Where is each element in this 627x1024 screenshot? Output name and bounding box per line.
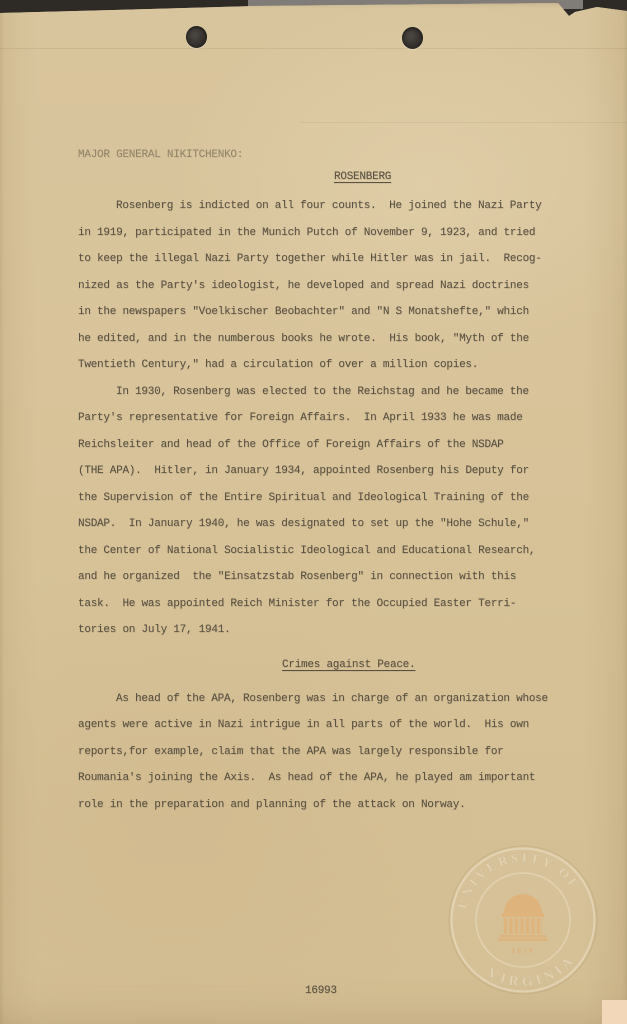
corner-patch	[602, 1000, 627, 1024]
addressee-line: MAJOR GENERAL NIKITCHENKO:	[78, 148, 243, 162]
paragraph: In 1930, Rosenberg was elected to the Re…	[78, 379, 566, 644]
paper-crease	[300, 122, 627, 123]
text-line: In 1930, Rosenberg was elected to the Re…	[78, 379, 566, 406]
punch-hole-right	[402, 27, 423, 49]
text-line: the Supervision of the Entire Spiritual …	[78, 485, 566, 512]
text-line: Rosenberg is indicted on all four counts…	[78, 193, 566, 220]
text-line: in the newspapers "Voelkischer Beobachte…	[78, 299, 566, 326]
text-line: Roumania's joining the Axis. As head of …	[78, 765, 566, 792]
section-heading: Crimes against Peace.	[282, 657, 566, 674]
text-line: the Center of National Socialistic Ideol…	[78, 538, 566, 565]
page-number: 16993	[305, 984, 337, 998]
seal-year: 1819	[512, 946, 535, 955]
paragraph: Rosenberg is indicted on all four counts…	[78, 193, 566, 379]
document-title: ROSENBERG	[334, 170, 391, 184]
text-line: Reichsleiter and head of the Office of F…	[78, 432, 566, 459]
text-line: tories on July 17, 1941.	[78, 617, 566, 644]
text-line: NSDAP. In January 1940, he was designate…	[78, 511, 566, 538]
text-line: Twentieth Century," had a circulation of…	[78, 352, 566, 379]
text-line: nized as the Party's ideologist, he deve…	[78, 273, 566, 300]
paragraph: As head of the APA, Rosenberg was in cha…	[78, 686, 566, 819]
text-line: role in the preparation and planning of …	[78, 792, 566, 819]
text-line: (THE APA). Hitler, in January 1934, appo…	[78, 458, 566, 485]
text-line: in 1919, participated in the Munich Putc…	[78, 220, 566, 247]
text-line: he edited, and in the numberous books he…	[78, 326, 566, 353]
document-page: MAJOR GENERAL NIKITCHENKO: ROSENBERG Ros…	[0, 0, 627, 1024]
paper-crease	[0, 48, 627, 49]
text-line: reports,for example, claim that the APA …	[78, 739, 566, 766]
text-line: Party's representative for Foreign Affai…	[78, 405, 566, 432]
text-line: and he organized the "Einsatzstab Rosenb…	[78, 564, 566, 591]
punch-hole-left	[186, 26, 207, 48]
document-body: Rosenberg is indicted on all four counts…	[78, 193, 566, 818]
scan-viewport: MAJOR GENERAL NIKITCHENKO: ROSENBERG Ros…	[0, 0, 627, 1024]
university-of-virginia-watermark-seal: UNIVERSITY OF VIRGINIA 1819	[448, 845, 598, 995]
text-line: agents were active in Nazi intrigue in a…	[78, 712, 566, 739]
text-line: As head of the APA, Rosenberg was in cha…	[78, 686, 566, 713]
text-line: task. He was appointed Reich Minister fo…	[78, 591, 566, 618]
text-line: to keep the illegal Nazi Party together …	[78, 246, 566, 273]
